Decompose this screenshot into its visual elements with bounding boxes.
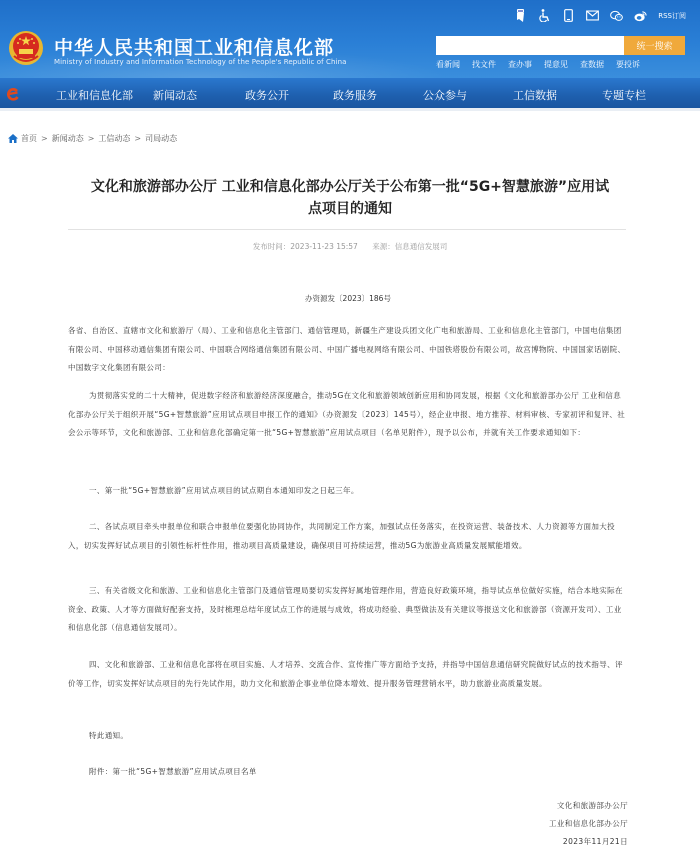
publish-time: 发布时间：2023-11-23 15:57	[253, 242, 358, 251]
e-government-logo-icon[interactable]	[6, 86, 20, 102]
signature-block: 文化和旅游部办公厅 工业和信息化部办公厅 2023年11月21日	[328, 797, 628, 840]
wechat-icon[interactable]	[610, 9, 623, 22]
article-title-line2: 点项目的通知	[60, 198, 640, 220]
article-title: 文化和旅游部办公厅 工业和信息化部办公厅关于公布第一批“5G+智慧旅游”应用试 …	[60, 176, 640, 220]
signature-miit: 工业和信息化部办公厅	[328, 815, 628, 833]
rss-link[interactable]: RSS订阅	[658, 11, 686, 21]
mail-icon[interactable]	[586, 9, 599, 22]
item-4-paragraph: 四、文化和旅游部、工业和信息化部将在项目实施、人才培养、交流合作、宣传推广等方面…	[68, 656, 628, 693]
article-title-line1: 文化和旅游部办公厅 工业和信息化部办公厅关于公布第一批“5G+智慧旅游”应用试	[60, 176, 640, 198]
nav-item-news[interactable]: 新闻动态	[153, 87, 245, 103]
quick-link-complaint[interactable]: 要投诉	[616, 59, 640, 70]
search-button[interactable]: 统一搜索	[624, 36, 685, 55]
quick-link-news[interactable]: 看新闻	[436, 59, 460, 70]
search-box: 统一搜索	[436, 36, 685, 55]
closing-paragraph: 特此通知。	[68, 727, 628, 746]
breadcrumb-miit-news[interactable]: 工信动态	[98, 133, 130, 144]
breadcrumb-dept-news[interactable]: 司局动态	[145, 133, 177, 144]
quick-link-data[interactable]: 查数据	[580, 59, 604, 70]
nav-items: 工业和信息化部 新闻动态 政务公开 政务服务 公众参与 工信数据 专题专栏	[56, 78, 646, 111]
nav-item-special-topics[interactable]: 专题专栏	[602, 87, 646, 103]
weibo-icon[interactable]	[634, 9, 647, 22]
breadcrumb-news[interactable]: 新闻动态	[52, 133, 84, 144]
signature-mct: 文化和旅游部办公厅	[328, 797, 628, 815]
accessibility-icon[interactable]	[538, 9, 551, 22]
item-1-paragraph: 一、第一批“5G+智慧旅游”应用试点项目的试点期自本通知印发之日起三年。	[68, 482, 628, 501]
quick-link-files[interactable]: 找文件	[472, 59, 496, 70]
site-header: 中华人民共和国工业和信息化部 Ministry of Industry and …	[0, 0, 700, 78]
intro-paragraph: 为贯彻落实党的二十大精神，促进数字经济和旅游经济深度融合，推动5G在文化和旅游领…	[68, 387, 628, 443]
addressees-paragraph: 各省、自治区、直辖市文化和旅游厅（局）、工业和信息化主管部门、通信管理局，新疆生…	[68, 322, 628, 378]
quick-links: 看新闻 找文件 查办事 提意见 查数据 要投诉	[436, 59, 640, 70]
title-divider	[68, 229, 626, 230]
elder-mode-icon[interactable]	[514, 9, 527, 22]
home-icon[interactable]	[8, 134, 18, 143]
breadcrumb-separator: >	[134, 134, 141, 143]
nav-item-gov-affairs[interactable]: 政务公开	[245, 87, 333, 103]
breadcrumb-home[interactable]: 首页	[21, 133, 37, 144]
breadcrumb: 首页 > 新闻动态 > 工信动态 > 司局动态	[8, 133, 177, 144]
breadcrumb-separator: >	[41, 134, 48, 143]
item-2-paragraph: 二、各试点项目牵头申报单位和联合申报单位要强化协同协作，共同制定工作方案，加强试…	[68, 518, 628, 555]
attachment-link[interactable]: 附件：第一批“5G+智慧旅游”应用试点项目名单	[68, 763, 628, 782]
nav-item-gov-services[interactable]: 政务服务	[333, 87, 423, 103]
main-nav: 工业和信息化部 新闻动态 政务公开 政务服务 公众参与 工信数据 专题专栏	[0, 78, 700, 111]
article-meta: 发布时间：2023-11-23 15:57 来源：信息通信发展司	[60, 241, 640, 252]
nav-item-miit-data[interactable]: 工信数据	[513, 87, 602, 103]
site-subtitle: Ministry of Industry and Information Tec…	[54, 58, 347, 66]
document-number: 办资源发〔2023〕186号	[68, 293, 628, 304]
search-input[interactable]	[436, 36, 624, 55]
mobile-icon[interactable]	[562, 9, 575, 22]
signature-date: 2023年11月21日	[328, 833, 628, 840]
national-emblem-icon[interactable]	[8, 30, 44, 66]
article-source: 来源：信息通信发展司	[372, 242, 447, 251]
nav-item-public-participation[interactable]: 公众参与	[423, 87, 513, 103]
quick-link-feedback[interactable]: 提意见	[544, 59, 568, 70]
quick-link-services[interactable]: 查办事	[508, 59, 532, 70]
tool-icons: RSS订阅	[514, 9, 686, 22]
item-3-paragraph: 三、有关省级文化和旅游、工业和信息化主管部门及通信管理局要切实发挥好属地管理作用…	[68, 582, 628, 638]
nav-item-ministry[interactable]: 工业和信息化部	[56, 87, 153, 103]
breadcrumb-separator: >	[88, 134, 95, 143]
site-title[interactable]: 中华人民共和国工业和信息化部	[54, 33, 334, 60]
